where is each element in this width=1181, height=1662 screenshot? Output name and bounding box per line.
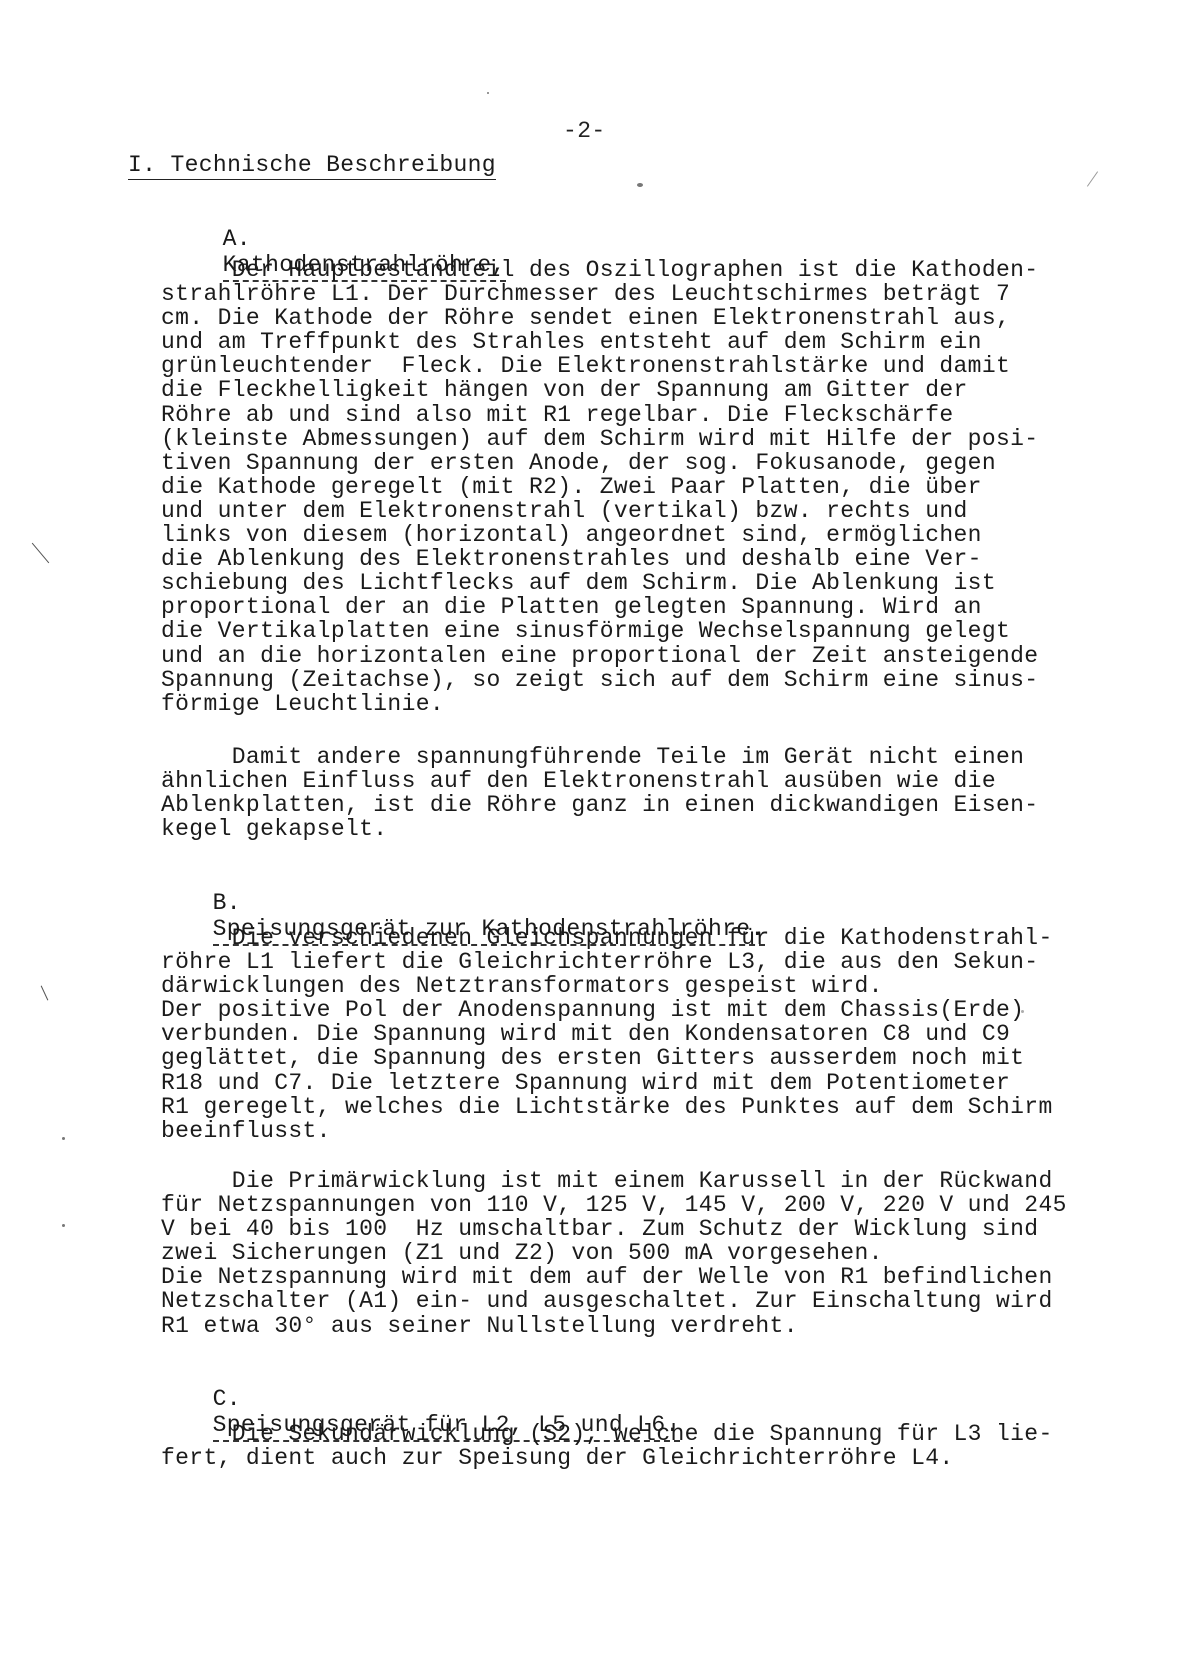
text-line: Der Hauptbestandteil des Oszillographen … <box>161 258 1038 282</box>
scan-mark <box>32 543 49 564</box>
text-line: Die verschiedenen Gleichspannungen für d… <box>161 926 1053 950</box>
section-letter: B. <box>213 890 241 916</box>
text-line: (kleinste Abmessungen) auf dem Schirm wi… <box>161 427 1038 451</box>
document-page: -2- I. Technische Beschreibung A. Kathod… <box>0 0 1181 1662</box>
text-line: Damit andere spannungführende Teile im G… <box>161 745 1038 769</box>
text-line: und an die horizontalen eine proportiona… <box>161 644 1038 668</box>
text-line: Netzschalter (A1) ein- und ausgeschaltet… <box>161 1289 1067 1313</box>
section-b-paragraph-1: Die verschiedenen Gleichspannungen für d… <box>161 926 1053 1143</box>
section-b-paragraph-2: Die Primärwicklung ist mit einem Karusse… <box>161 1169 1067 1338</box>
text-line: R1 etwa 30° aus seiner Nullstellung verd… <box>161 1314 1067 1338</box>
text-line: cm. Die Kathode der Röhre sendet einen E… <box>161 306 1038 330</box>
text-line: und unter dem Elektronenstrahl (vertikal… <box>161 499 1038 523</box>
scan-speck <box>62 1224 65 1227</box>
section-letter: C. <box>213 1386 241 1412</box>
text-line: und am Treffpunkt des Strahles entsteht … <box>161 330 1038 354</box>
text-line: förmige Leuchtlinie. <box>161 692 1038 716</box>
text-line: die Vertikalplatten eine sinusförmige We… <box>161 619 1038 643</box>
scan-mark <box>1087 171 1098 186</box>
text-line: Der positive Pol der Anodenspannung ist … <box>161 998 1053 1022</box>
text-line: zwei Sicherungen (Z1 und Z2) von 500 mA … <box>161 1241 1067 1265</box>
text-line: Spannung (Zeitachse), so zeigt sich auf … <box>161 668 1038 692</box>
text-line: ähnlichen Einfluss auf den Elektronenstr… <box>161 769 1038 793</box>
scan-speck <box>487 92 489 94</box>
section-c-paragraph-1: Die Sekundärwicklung (S2), welche die Sp… <box>161 1422 1053 1470</box>
text-line: Die Netzspannung wird mit dem auf der We… <box>161 1265 1067 1289</box>
text-line: röhre L1 liefert die Gleichrichterröhre … <box>161 950 1053 974</box>
text-line: R18 und C7. Die letztere Spannung wird m… <box>161 1071 1053 1095</box>
text-line: kegel gekapselt. <box>161 817 1038 841</box>
section-a-paragraph-2: Damit andere spannungführende Teile im G… <box>161 745 1038 841</box>
section-a-paragraph-1: Der Hauptbestandteil des Oszillographen … <box>161 258 1038 716</box>
scan-speck <box>637 183 643 187</box>
text-line: Ablenkplatten, ist die Röhre ganz in ein… <box>161 793 1038 817</box>
text-line: Röhre ab und sind also mit R1 regelbar. … <box>161 403 1038 427</box>
text-line: die Kathode geregelt (mit R2). Zwei Paar… <box>161 475 1038 499</box>
text-line: die Ablenkung des Elektronenstrahles und… <box>161 547 1038 571</box>
section-letter: A. <box>223 226 251 252</box>
text-line: die Fleckhelligkeit hängen von der Spann… <box>161 378 1038 402</box>
text-line: strahlröhre L1. Der Durchmesser des Leuc… <box>161 282 1038 306</box>
text-line: verbunden. Die Spannung wird mit den Kon… <box>161 1022 1053 1046</box>
text-line: beeinflusst. <box>161 1119 1053 1143</box>
text-line: Die Sekundärwicklung (S2), welche die Sp… <box>161 1422 1053 1446</box>
text-line: fert, dient auch zur Speisung der Gleich… <box>161 1446 1053 1470</box>
scan-speck <box>62 1137 65 1140</box>
text-line: därwicklungen des Netztransformators ges… <box>161 974 1053 998</box>
scan-mark <box>41 986 49 1001</box>
text-line: links von diesem (horizontal) angeordnet… <box>161 523 1038 547</box>
text-line: geglättet, die Spannung des ersten Gitte… <box>161 1046 1053 1070</box>
text-line: grünleuchtender Fleck. Die Elektronenstr… <box>161 354 1038 378</box>
scan-speck <box>1021 1010 1024 1013</box>
text-line: V bei 40 bis 100 Hz umschaltbar. Zum Sch… <box>161 1217 1067 1241</box>
main-heading: I. Technische Beschreibung <box>128 152 496 180</box>
text-line: R1 geregelt, welches die Lichtstärke des… <box>161 1095 1053 1119</box>
text-line: schiebung des Lichtflecks auf dem Schirm… <box>161 571 1038 595</box>
text-line: tiven Spannung der ersten Anode, der sog… <box>161 451 1038 475</box>
text-line: proportional der an die Platten gelegten… <box>161 595 1038 619</box>
text-line: Die Primärwicklung ist mit einem Karusse… <box>161 1169 1067 1193</box>
text-line: für Netzspannungen von 110 V, 125 V, 145… <box>161 1193 1067 1217</box>
page-number: -2- <box>563 118 606 144</box>
